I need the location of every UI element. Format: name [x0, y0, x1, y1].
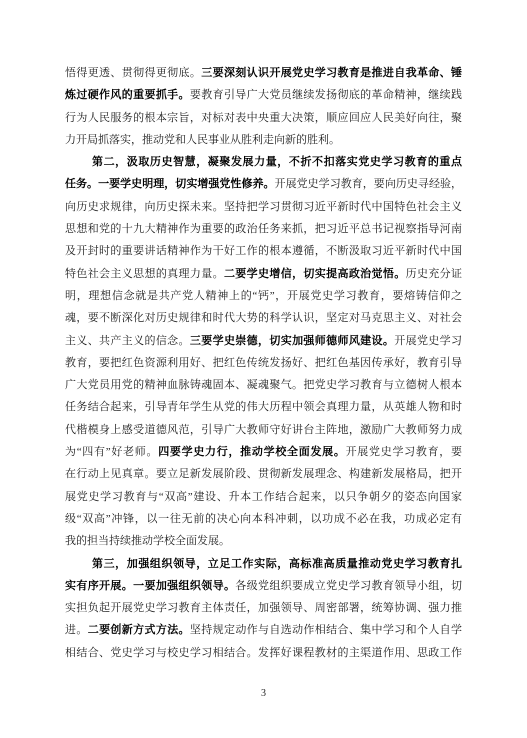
- text-run: 要教育引导广大党员继续发扬彻底的革命精神，继续践: [190, 89, 462, 101]
- text-line: 相结合、党史学习与校史学习相结合。发挥好课程教材的主渠道作用、思政工作: [65, 642, 462, 664]
- text-run: 力开局抓落实，推动党和人民事业从胜利走向新的胜利。: [65, 134, 340, 146]
- text-run: 实担负起开展党史学习教育主体责任，加强领导、周密部署，统筹协调、强力推: [65, 602, 462, 614]
- text-run: 开展党史学习教育，要向历史寻经验，: [275, 178, 462, 190]
- text-run: 在行动上见真章。要立足新发展阶段、贯彻新发展理念、构建新发展格局，把开: [65, 468, 462, 480]
- text-run: 开展党史学习教育，要: [346, 446, 462, 458]
- text-line: 向历史求规律，向历史探未来。坚持把学习贯彻习近平新时代中国特色社会主义: [65, 196, 462, 218]
- text-line: 实有序开展。一要加强组织领导。各级党组织要成立党史学习教育领导小组，切: [65, 575, 462, 597]
- text-line: 第二，汲取历史智慧，凝聚发展力量，不折不扣落实党史学习教育的重点: [65, 151, 462, 173]
- text-line: 展党史学习教育与“双高”建设、升本工作结合起来，以只争朝夕的姿态向国家: [65, 486, 462, 508]
- text-run: 思想和党的十九大精神作为重要的政治任务来抓，把习近平总书记视察指导河南: [65, 223, 462, 235]
- text-run: 教育，要把红色资源利用好、把红色传统发扬好、把红色基因传承好，教育引导: [65, 357, 462, 369]
- text-line: 悟得更透、贯彻得更彻底。三要深刻认识开展党史学习教育是推进自我革命、锤: [65, 62, 462, 84]
- text-line: 实担负起开展党史学习教育主体责任，加强领导、周密部署，统筹协调、强力推: [65, 597, 462, 619]
- bold-text-run: 二要创新方式方法。: [88, 624, 190, 636]
- text-line: 广大党员用党的精神血脉铸魂固本、凝魂聚气。把党史学习教育与立德树人根本: [65, 374, 462, 396]
- text-line: 在行动上见真章。要立足新发展阶段、贯彻新发展理念、构建新发展格局，把开: [65, 463, 462, 485]
- text-line: 我的担当持续推动学校全面发展。: [65, 530, 462, 552]
- text-line: 行为人民服务的根本宗旨，对标对表中央重大决策，顺应回应人民美好向往，聚: [65, 107, 462, 129]
- text-run: 及开封时的重要讲话精神作为干好工作的根本遵循，不断汲取习近平新时代中国: [65, 245, 462, 257]
- text-line: 明，理想信念就是共产党人精神上的“钙”，开展党史学习教育，要熔铸信仰之: [65, 285, 462, 307]
- text-line: 任务结合起来，引导青年学生从党的伟大历程中领会真理力量，从英雄人物和时: [65, 396, 462, 418]
- bold-text-run: 三要学史崇德，切实加强师德师风建设。: [190, 335, 394, 347]
- text-run: 为“四有”好老师。: [65, 446, 158, 458]
- text-line: 为“四有”好老师。四要学史力行，推动学校全面发展。开展党史学习教育，要: [65, 441, 462, 463]
- text-line: 代楷模身上感受道德风范，引导广大教师守好讲台主阵地，激励广大教师努力成: [65, 419, 462, 441]
- text-line: 进。二要创新方式方法。坚持规定动作与自选动作相结合、集中学习和个人自学: [65, 619, 462, 641]
- text-run: 相结合、党史学习与校史学习相结合。发挥好课程教材的主渠道作用、思政工作: [65, 647, 462, 659]
- text-line: 思想和党的十九大精神作为重要的政治任务来抓，把习近平总书记视察指导河南: [65, 218, 462, 240]
- bold-text-run: 任务。一要学史明理，切实增强党性修养。: [65, 178, 275, 190]
- bold-text-run: 炼过硬作风的重要抓手。: [65, 89, 190, 101]
- text-line: 特色社会主义思想的真理力量。二要学史增信，切实提高政治觉悟。历史充分证: [65, 263, 462, 285]
- text-run: 级“双高”冲锋，以一往无前的决心向本科冲刺，以功成不必在我，功成必定有: [65, 513, 462, 525]
- text-run: 展党史学习教育与“双高”建设、升本工作结合起来，以只争朝夕的姿态向国家: [65, 491, 462, 503]
- text-run: 特色社会主义思想的真理力量。: [65, 268, 224, 280]
- bold-text-run: 二要学史增信，切实提高政治觉悟。: [224, 268, 406, 280]
- text-run: 行为人民服务的根本宗旨，对标对表中央重大决策，顺应回应人民美好向往，聚: [65, 112, 462, 124]
- text-line: 及开封时的重要讲话精神作为干好工作的根本遵循，不断汲取习近平新时代中国: [65, 240, 462, 262]
- text-run: 广大党员用党的精神血脉铸魂固本、凝魂聚气。把党史学习教育与立德树人根本: [65, 379, 462, 391]
- text-run: 坚持规定动作与自选动作相结合、集中学习和个人自学: [190, 624, 462, 636]
- text-run: 悟得更透、贯彻得更彻底。: [65, 67, 201, 79]
- bold-text-run: 实有序开展。一要加强组织领导。: [65, 580, 235, 592]
- text-line: 主义、共产主义的信念。三要学史崇德，切实加强师德师风建设。开展党史学习: [65, 330, 462, 352]
- text-line: 任务。一要学史明理，切实增强党性修养。开展党史学习教育，要向历史寻经验，: [65, 173, 462, 195]
- text-line: 教育，要把红色资源利用好、把红色传统发扬好、把红色基因传承好，教育引导: [65, 352, 462, 374]
- text-line: 级“双高”冲锋，以一往无前的决心向本科冲刺，以功成不必在我，功成必定有: [65, 508, 462, 530]
- text-line: 炼过硬作风的重要抓手。要教育引导广大党员继续发扬彻底的革命精神，继续践: [65, 84, 462, 106]
- text-run: 代楷模身上感受道德风范，引导广大教师守好讲台主阵地，激励广大教师努力成: [65, 424, 462, 436]
- document-body: 悟得更透、贯彻得更彻底。三要深刻认识开展党史学习教育是推进自我革命、锤炼过硬作风…: [65, 62, 462, 664]
- bold-text-run: 第二，汲取历史智慧，凝聚发展力量，不折不扣落实党史学习教育的重点: [92, 156, 462, 168]
- text-run: 魂，要不断深化对历史规律和时代大势的科学认识，坚定对马克思主义、对社会: [65, 312, 462, 324]
- text-run: 进。: [65, 624, 88, 636]
- bold-text-run: 第三，加强组织领导，立足工作实际，高标准高质量推动党史学习教育扎: [92, 558, 462, 570]
- text-run: 历史充分证: [406, 268, 462, 280]
- document-page: 悟得更透、贯彻得更彻底。三要深刻认识开展党史学习教育是推进自我革命、锤炼过硬作风…: [0, 0, 527, 738]
- text-run: 主义、共产主义的信念。: [65, 335, 190, 347]
- text-run: 开展党史学习: [394, 335, 462, 347]
- bold-text-run: 四要学史力行，推动学校全面发展。: [158, 446, 345, 458]
- text-run: 任务结合起来，引导青年学生从党的伟大历程中领会真理力量，从英雄人物和时: [65, 401, 462, 413]
- page-number: 3: [0, 687, 527, 701]
- text-run: 各级党组织要成立党史学习教育领导小组，切: [235, 580, 462, 592]
- text-run: 明，理想信念就是共产党人精神上的“钙”，开展党史学习教育，要熔铸信仰之: [65, 290, 462, 302]
- text-run: 我的担当持续推动学校全面发展。: [65, 535, 230, 547]
- bold-text-run: 三要深刻认识开展党史学习教育是推进自我革命、锤: [201, 67, 462, 79]
- text-line: 魂，要不断深化对历史规律和时代大势的科学认识，坚定对马克思主义、对社会: [65, 307, 462, 329]
- text-line: 力开局抓落实，推动党和人民事业从胜利走向新的胜利。: [65, 129, 462, 151]
- text-run: 向历史求规律，向历史探未来。坚持把学习贯彻习近平新时代中国特色社会主义: [65, 201, 462, 213]
- text-line: 第三，加强组织领导，立足工作实际，高标准高质量推动党史学习教育扎: [65, 553, 462, 575]
